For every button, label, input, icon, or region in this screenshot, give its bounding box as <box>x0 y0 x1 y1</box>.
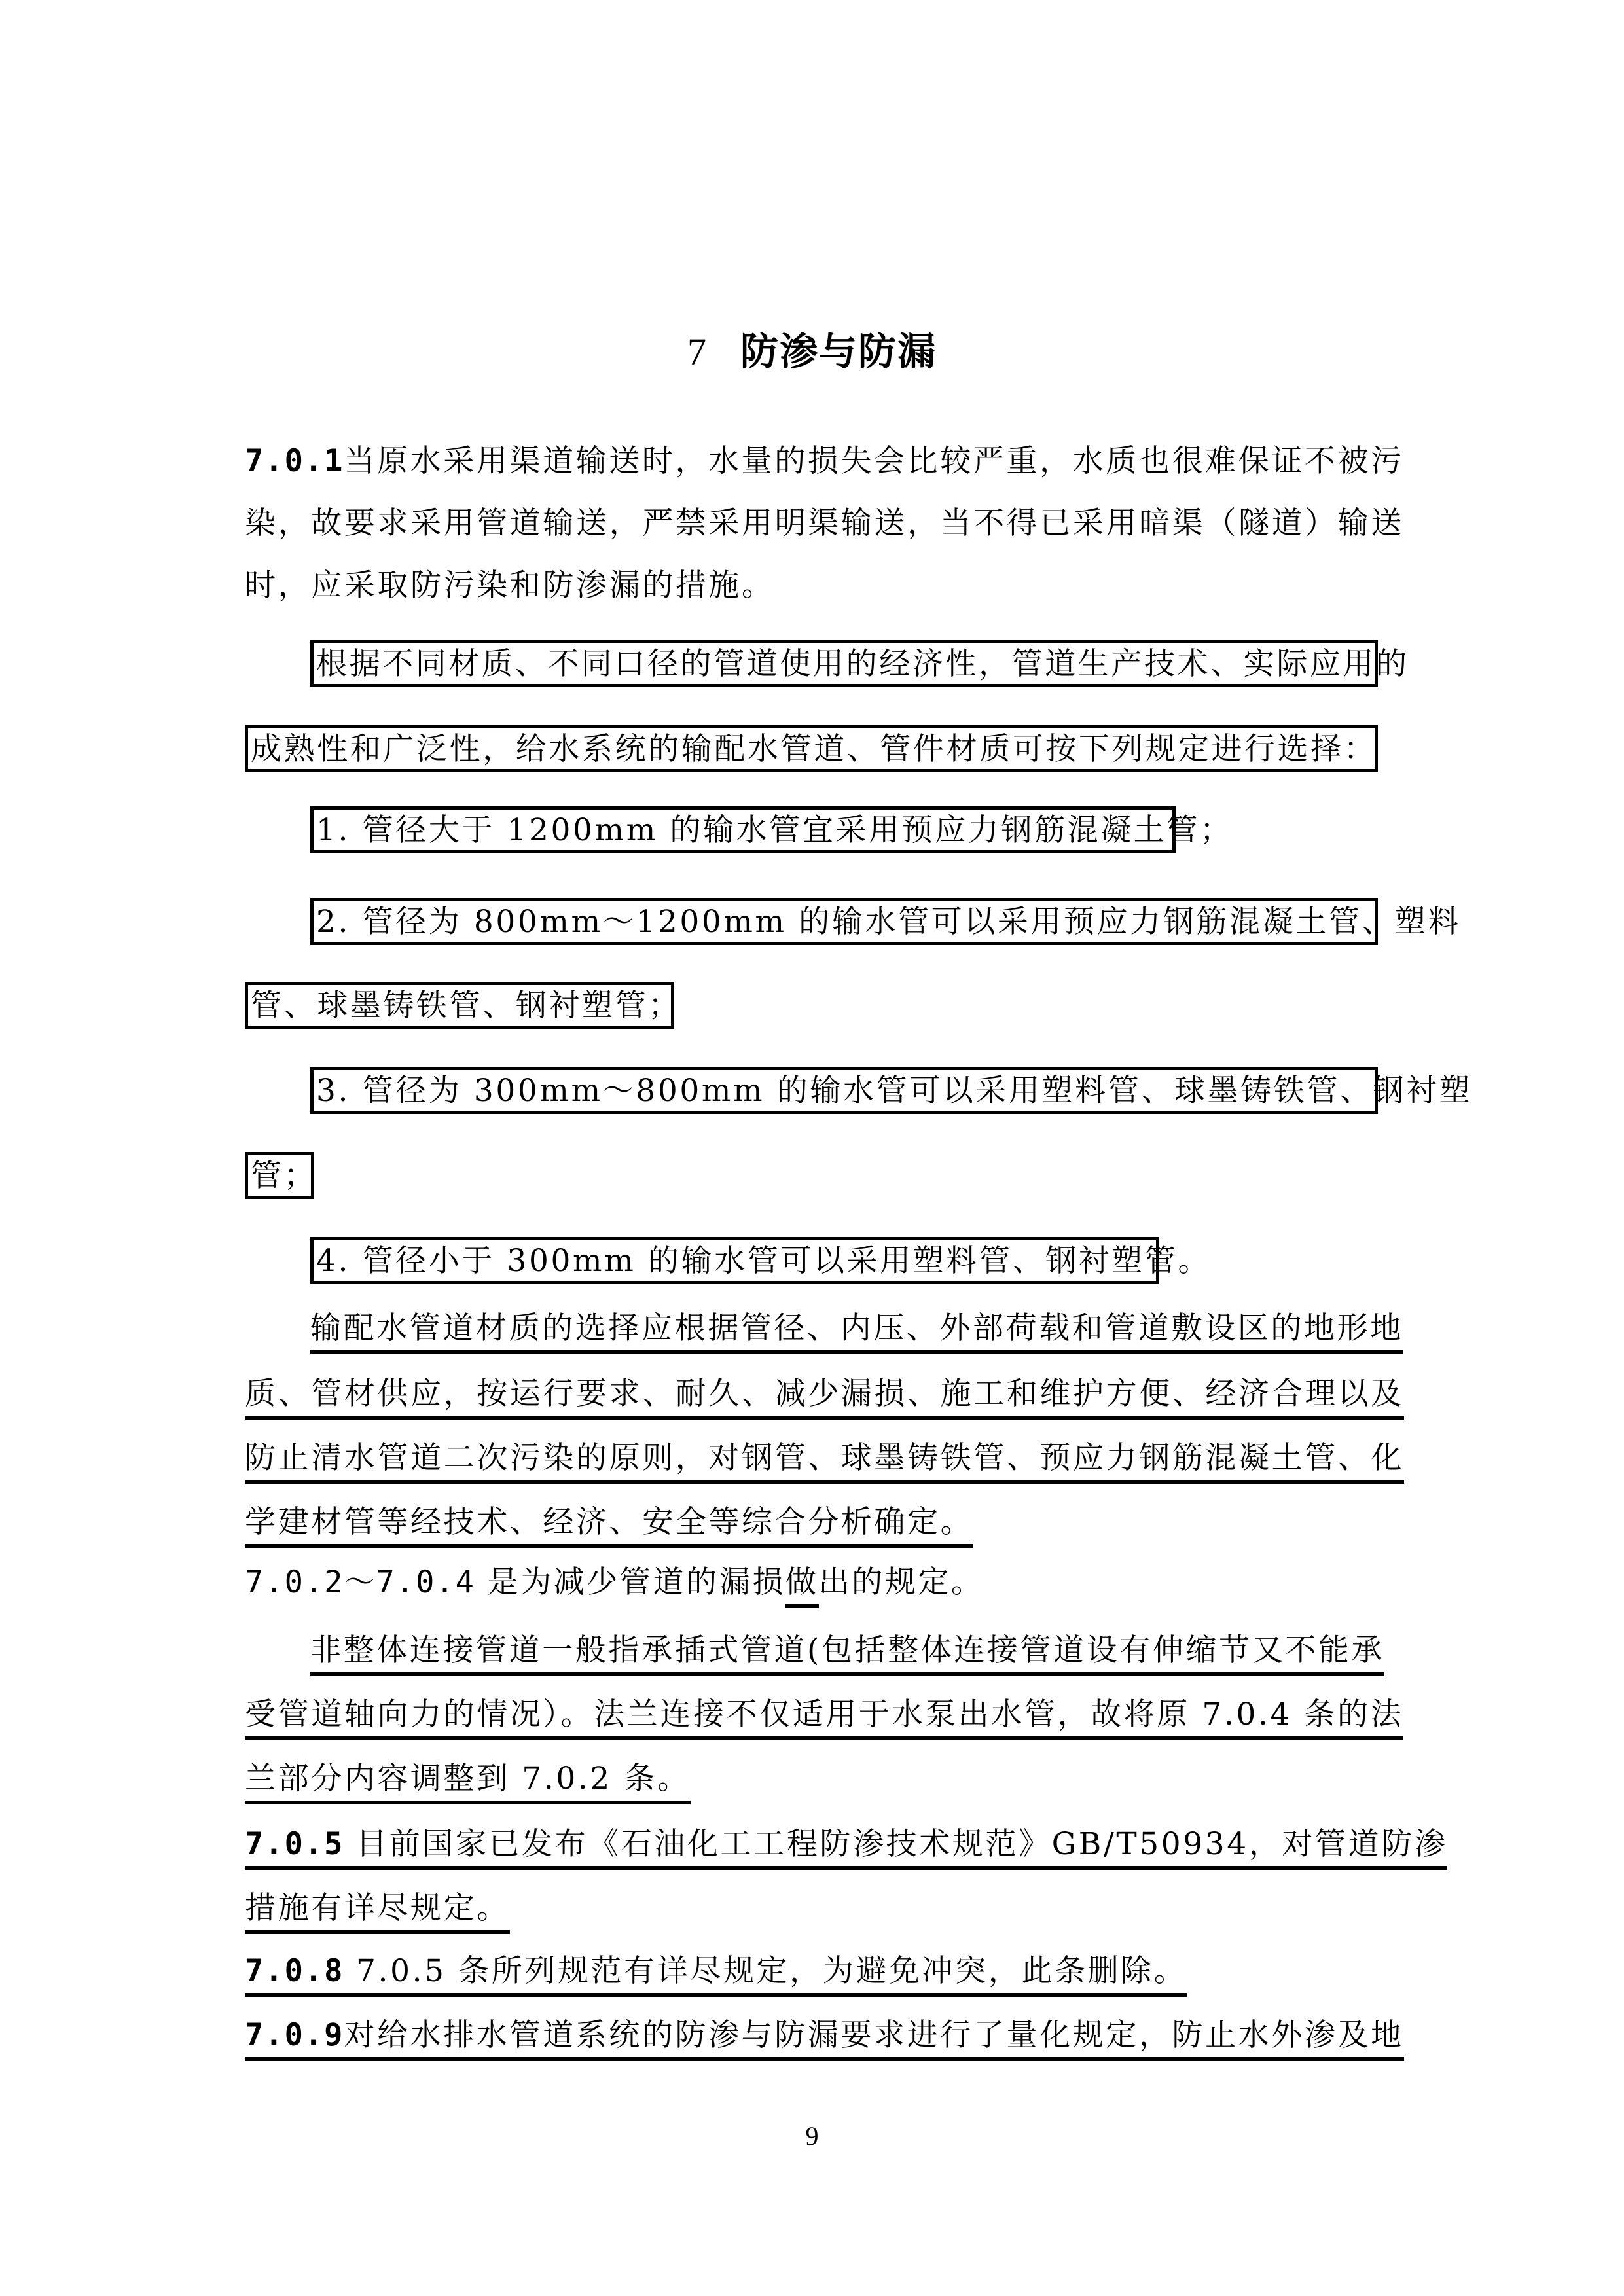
text: 7.0.5 条所列规范有详尽规定，为避免冲突，此条删除。 <box>356 1953 1187 1989</box>
underlined-char: 做 <box>785 1564 819 1608</box>
section-7-0-1-line-2: 染，故要求采用管道输送，严禁采用明渠输送，当不得已采用暗渠（隧道）输送 <box>245 504 1378 543</box>
text: 受管道轴向力的情况）。法兰连接不仅适用于水泵出水管，故将原 7.0.4 条的法 <box>245 1696 1403 1740</box>
boxed-intro-line-1: 根据不同材质、不同口径的管道使用的经济性，管道生产技术、实际应用的 <box>310 640 1378 687</box>
text: 措施有详尽规定。 <box>245 1890 510 1934</box>
list-item-1: 1. 管径大于 1200mm 的输水管宜采用预应力钢筋混凝土管； <box>310 806 1176 853</box>
chapter-title: 防渗与防漏 <box>740 329 937 374</box>
section-7-0-1-line-1: 7.0.1当原水采用渠道输送时，水量的损失会比较严重，水质也很难保证不被污 <box>245 442 1378 481</box>
text: 对给水排水管道系统的防渗与防漏要求进行了量化规定，防止水外渗及地 <box>344 2017 1403 2053</box>
clause-number: 7.0.5 <box>245 1826 344 1862</box>
text: 兰部分内容调整到 7.0.2 条。 <box>245 1761 691 1804</box>
list-item-4: 4. 管径小于 300mm 的输水管可以采用塑料管、钢衬塑管。 <box>310 1237 1159 1284</box>
section-7-0-8: 7.0.8 7.0.5 条所列规范有详尽规定，为避免冲突，此条删除。 <box>245 1952 1378 1991</box>
list-item-3-line-1: 3. 管径为 300mm～800mm 的输水管可以采用塑料管、球墨铸铁管、钢衬塑 <box>310 1067 1378 1114</box>
clause-number: 7.0.9 <box>245 2017 344 2053</box>
text: 目前国家已发布《石油化工工程防渗技术规范》GB/T50934，对管道防渗 <box>356 1826 1447 1862</box>
list-item-2-line-1: 2. 管径为 800mm～1200mm 的输水管可以采用预应力钢筋混凝土管、塑料 <box>310 898 1378 945</box>
list-item-2-line-2: 管、球墨铸铁管、钢衬塑管； <box>245 982 674 1029</box>
material-para-line-2: 质、管材供应，按运行要求、耐久、减少漏损、施工和维护方便、经济合理以及 <box>245 1374 1378 1414</box>
text: 防止清水管道二次污染的原则，对钢管、球墨铸铁管、预应力钢筋混凝土管、化 <box>245 1440 1404 1484</box>
material-para-line-3: 防止清水管道二次污染的原则，对钢管、球墨铸铁管、预应力钢筋混凝土管、化 <box>245 1439 1378 1478</box>
chapter-heading: 7防渗与防漏 <box>0 321 1624 376</box>
text: 输配水管道材质的选择应根据管径、内压、外部荷载和管道敷设区的地形地 <box>310 1310 1403 1354</box>
joint-para-line-3: 兰部分内容调整到 7.0.2 条。 <box>245 1759 1378 1799</box>
boxed-intro-line-2: 成熟性和广泛性，给水系统的输配水管道、管件材质可按下列规定进行选择： <box>245 725 1378 772</box>
material-para-line-1: 输配水管道材质的选择应根据管径、内压、外部荷载和管道敷设区的地形地 <box>310 1309 1378 1348</box>
section-7-0-9: 7.0.9对给水排水管道系统的防渗与防漏要求进行了量化规定，防止水外渗及地 <box>245 2016 1378 2055</box>
section-7-0-5-line-2: 措施有详尽规定。 <box>245 1889 1378 1928</box>
joint-para-line-1: 非整体连接管道一般指承插式管道(包括整体连接管道设有伸缩节又不能承 <box>310 1631 1378 1670</box>
text: 当原水采用渠道输送时，水量的损失会比较严重，水质也很难保证不被污 <box>344 443 1403 479</box>
clause-number: 7.0.8 <box>245 1953 344 1989</box>
chapter-number: 7 <box>687 331 708 373</box>
text: 是为减少管道的漏损 <box>488 1564 785 1600</box>
clause-number: 7.0.1 <box>245 443 344 479</box>
document-page: 7防渗与防漏 7.0.1当原水采用渠道输送时，水量的损失会比较严重，水质也很难保… <box>0 0 1624 2296</box>
joint-para-line-2: 受管道轴向力的情况）。法兰连接不仅适用于水泵出水管，故将原 7.0.4 条的法 <box>245 1695 1378 1734</box>
material-para-line-4: 学建材管等经技术、经济、安全等综合分析确定。 <box>245 1503 1378 1542</box>
clause-number: 7.0.2～7.0.4 <box>245 1564 475 1600</box>
page-number: 9 <box>0 2121 1624 2151</box>
list-item-3-line-2: 管； <box>245 1152 314 1199</box>
section-7-0-2-7-0-4: 7.0.2～7.0.4 是为减少管道的漏损做出的规定。 <box>245 1563 1378 1602</box>
text: 学建材管等经技术、经济、安全等综合分析确定。 <box>245 1504 973 1548</box>
section-7-0-5-line-1: 7.0.5 目前国家已发布《石油化工工程防渗技术规范》GB/T50934，对管道… <box>245 1825 1378 1864</box>
text: 出的规定。 <box>819 1564 984 1600</box>
text: 质、管材供应，按运行要求、耐久、减少漏损、施工和维护方便、经济合理以及 <box>245 1376 1404 1420</box>
text: 非整体连接管道一般指承插式管道(包括整体连接管道设有伸缩节又不能承 <box>310 1632 1384 1676</box>
section-7-0-1-line-3: 时，应采取防污染和防渗漏的措施。 <box>245 566 1378 605</box>
